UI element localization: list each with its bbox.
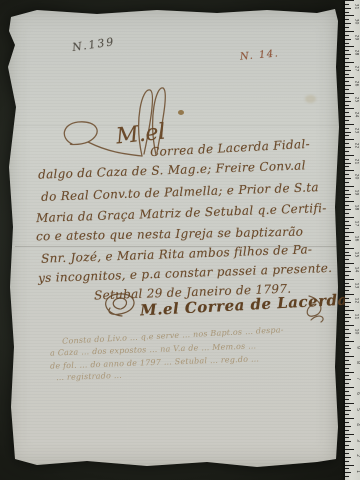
ruler-cm-mark: 4 xyxy=(345,418,360,433)
ruler-cm-mark: 26 xyxy=(345,77,360,92)
paper-wrap xyxy=(0,0,360,480)
ruler-cm-mark: 9 xyxy=(345,341,360,356)
paper-stain xyxy=(178,110,184,115)
ruler-cm-mark: 8 xyxy=(345,356,360,371)
ruler-cm-mark: 13 xyxy=(345,279,360,294)
paper-age-spot xyxy=(305,95,316,103)
ruler-cm-mark: 12 xyxy=(345,294,360,309)
ruler-cm-mark: 25 xyxy=(345,93,360,108)
ruler-cm-mark: 23 xyxy=(345,124,360,139)
ruler-cm-mark: 10 xyxy=(345,325,360,340)
ruler-cm-mark: 20 xyxy=(345,170,360,185)
document-paper xyxy=(7,7,339,467)
ruler-cm-mark: 5 xyxy=(345,403,360,418)
ruler-cm-mark: 30 xyxy=(345,15,360,30)
ruler-cm-mark: 3 xyxy=(345,434,360,449)
ruler-cm-mark: 7 xyxy=(345,372,360,387)
ruler-cm-mark: 27 xyxy=(345,62,360,77)
ruler-cm-mark: 1 xyxy=(345,465,360,480)
ruler-cm-mark: 15 xyxy=(345,248,360,263)
ruler-cm-mark: 6 xyxy=(345,387,360,402)
photo-background: N.139 N. 14. M.el Correa de Lacerda Fida… xyxy=(0,0,360,480)
ruler-cm-mark: 17 xyxy=(345,217,360,232)
ruler-cm-mark: 16 xyxy=(345,232,360,247)
ruler-cm-mark: 31 xyxy=(345,0,360,15)
ruler-cm-mark: 28 xyxy=(345,46,360,61)
ruler-cm-mark: 11 xyxy=(345,310,360,325)
fold-crease-upper xyxy=(15,125,345,127)
ruler-cm-mark: 2 xyxy=(345,449,360,464)
ruler-cm-mark: 19 xyxy=(345,186,360,201)
ruler-cm-mark: 22 xyxy=(345,139,360,154)
ruler-cm-mark: 29 xyxy=(345,31,360,46)
measuring-ruler: 3130292827262524232221201918171615141312… xyxy=(345,0,360,480)
ruler-cm-mark: 18 xyxy=(345,201,360,216)
ruler-cm-mark: 14 xyxy=(345,263,360,278)
ruler-cm-mark: 21 xyxy=(345,155,360,170)
fold-crease-middle xyxy=(15,246,345,248)
ruler-cm-mark: 24 xyxy=(345,108,360,123)
